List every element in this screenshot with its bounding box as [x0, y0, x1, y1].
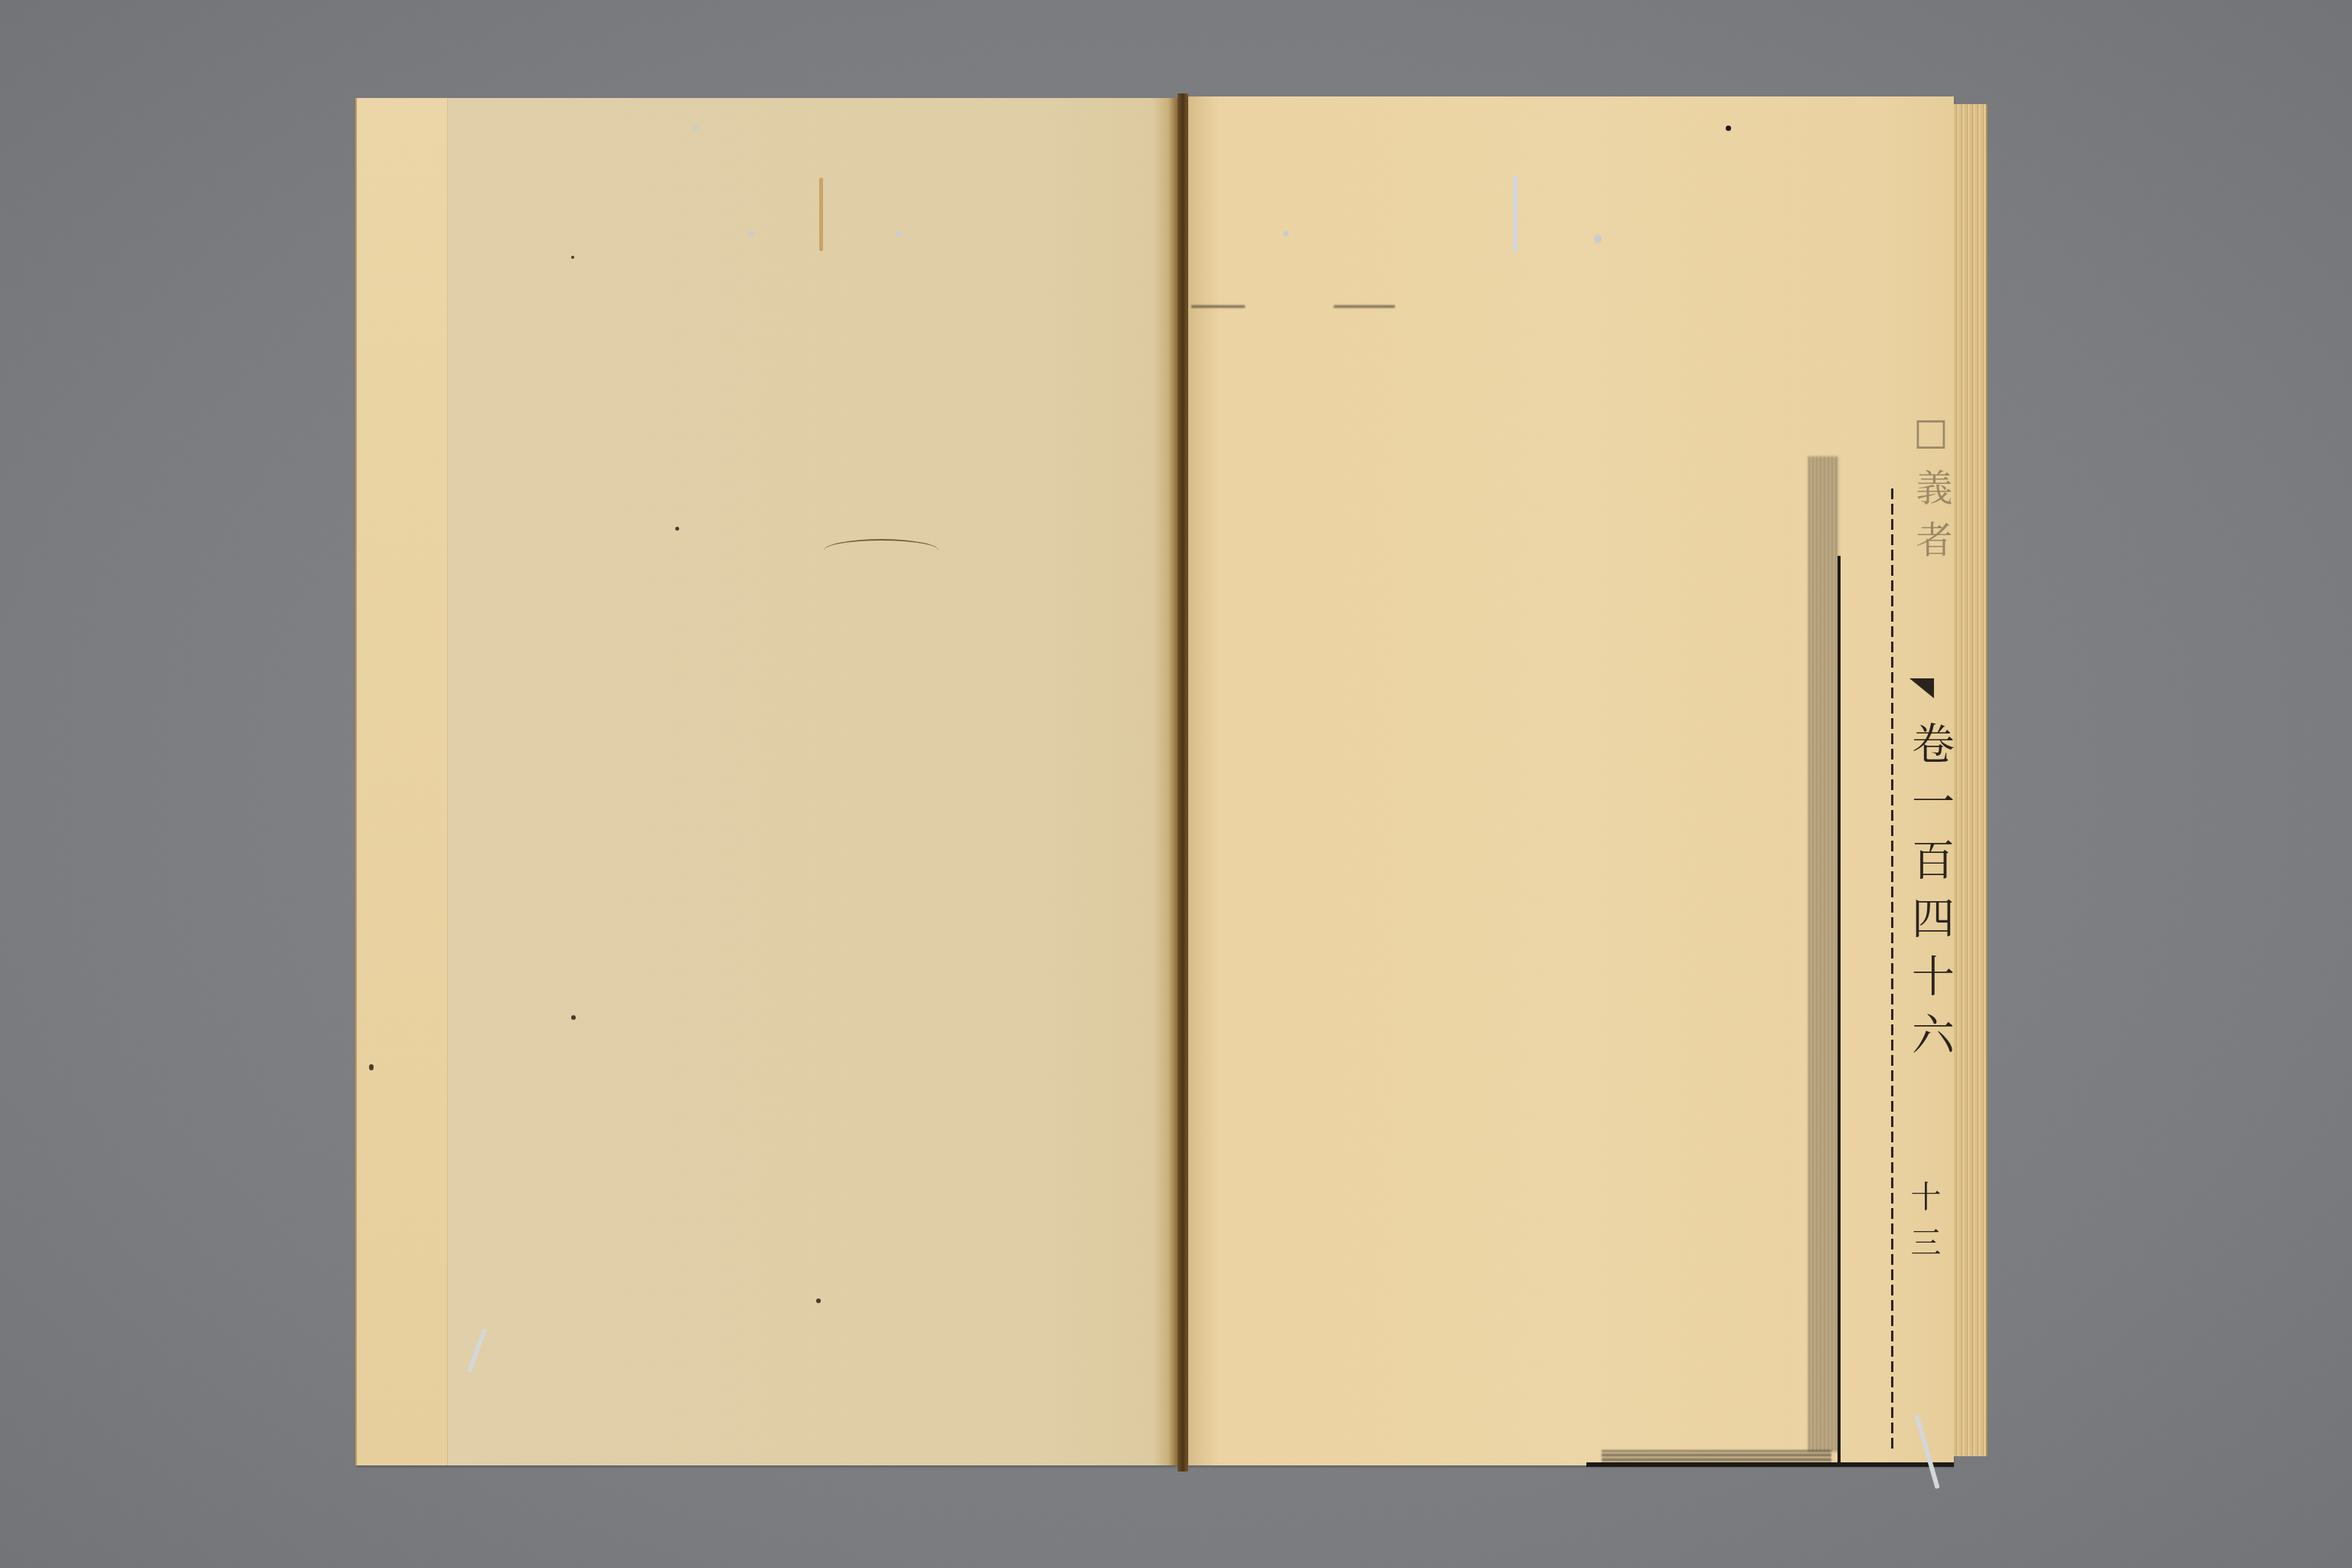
paper-speck	[571, 256, 574, 259]
fish-tail-mark	[1909, 678, 1934, 698]
open-book: □義者 卷一百四十六 十三	[357, 93, 2011, 1472]
bottom-border-smudge	[1602, 1450, 1831, 1465]
top-border-fragment	[1334, 305, 1395, 308]
binding-hole	[896, 231, 901, 237]
binding-thread	[467, 1328, 487, 1373]
paper-speck	[675, 527, 679, 531]
paper-fiber	[824, 539, 939, 562]
page-edges	[1954, 104, 1988, 1456]
binding-thread	[1914, 1414, 1939, 1489]
inner-border-line	[1837, 556, 1841, 1465]
paper-speck	[1726, 126, 1731, 131]
column-border-smudge	[1808, 456, 1839, 1452]
book-title-faded: □義者	[1913, 410, 1949, 573]
book-gutter	[1178, 93, 1188, 1472]
paper-speck	[369, 1064, 374, 1070]
binding-hole	[692, 126, 697, 131]
mounting-strip	[357, 98, 448, 1465]
paper-speck	[816, 1298, 821, 1303]
binding-hole	[1283, 231, 1289, 237]
top-border-fragment	[1191, 305, 1245, 308]
paper-speck	[571, 1015, 576, 1020]
page-number: 十三	[1908, 1181, 1939, 1272]
binding-hole	[749, 231, 754, 237]
binding-thread	[1513, 176, 1517, 253]
right-page: □義者 卷一百四十六 十三	[1188, 96, 1954, 1465]
binding-hole	[1594, 234, 1602, 243]
column-rule	[1891, 488, 1893, 1453]
left-page	[357, 98, 1178, 1465]
binding-thread	[819, 178, 823, 251]
volume-label: 卷一百四十六	[1908, 721, 1951, 1070]
